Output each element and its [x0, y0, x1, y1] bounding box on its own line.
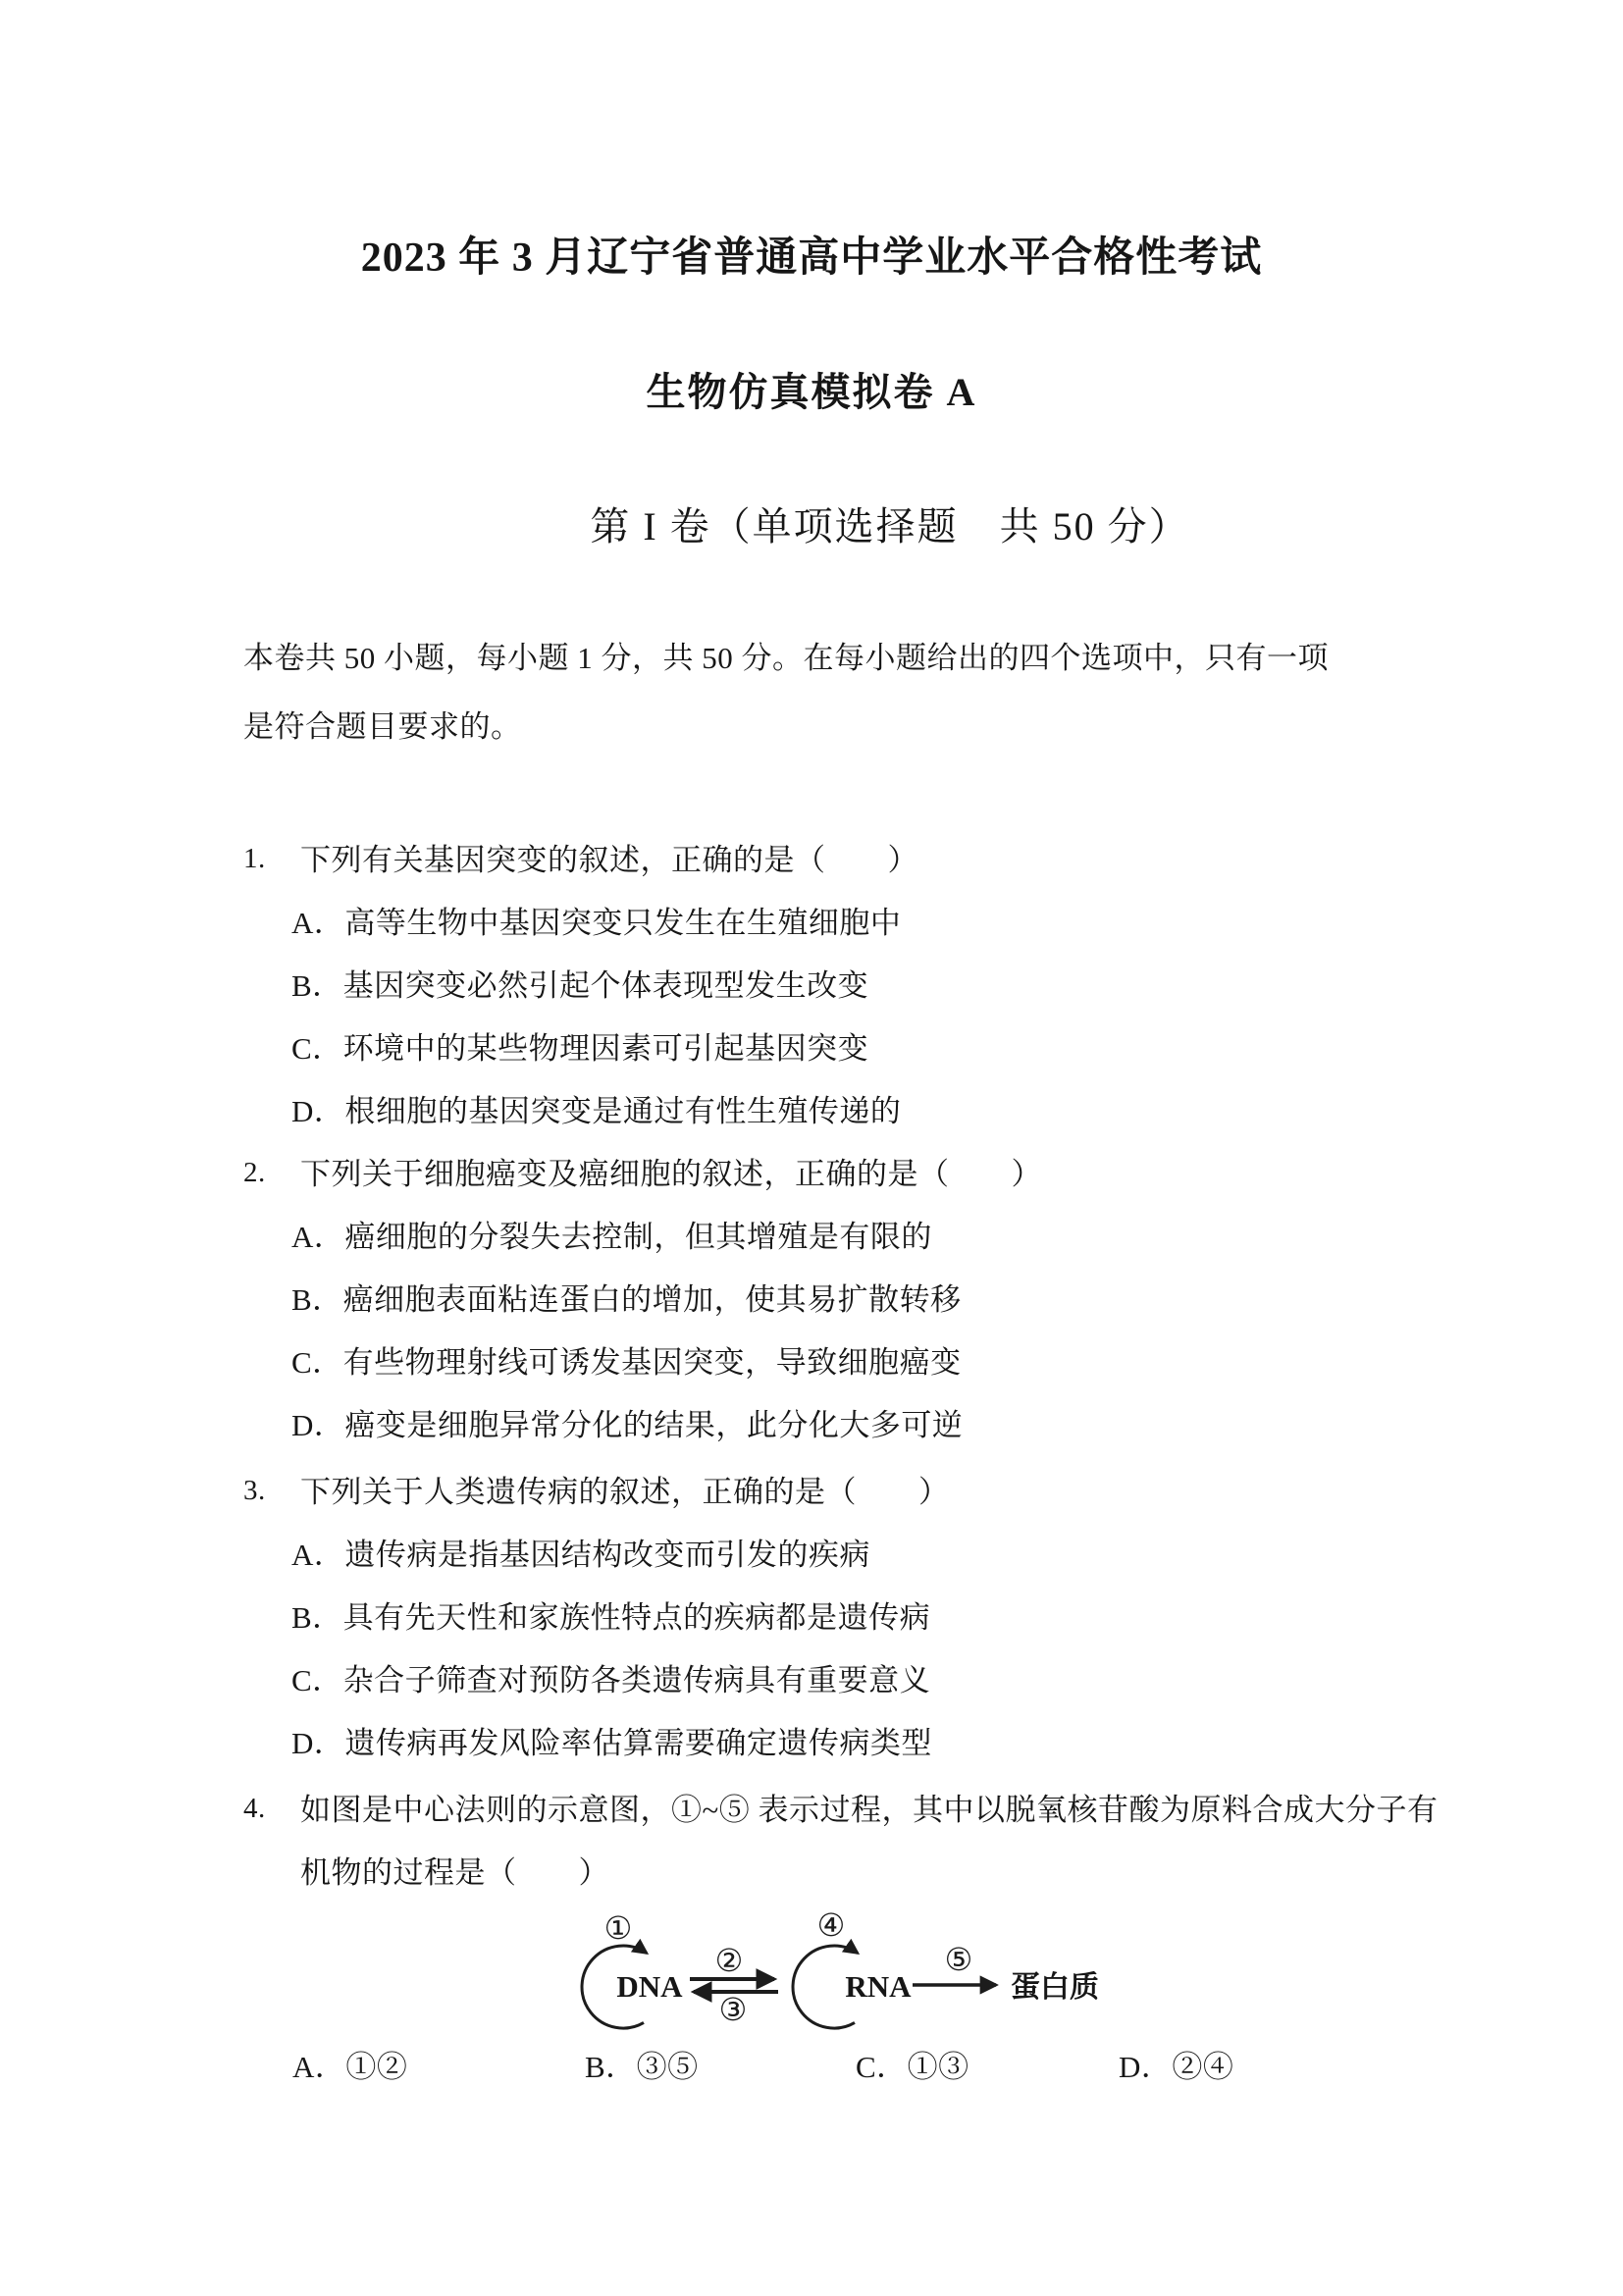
question-2-number: 2. — [243, 1159, 266, 1187]
intro-line-2: 是符合题目要求的。 — [243, 711, 522, 742]
intro-line-1: 本卷共 50 小题，每小题 1 分，共 50 分。在每小题给出的四个选项中，只有… — [243, 643, 1329, 673]
question-2-option-d: D．癌变是细胞异常分化的结果，此分化大多可逆 — [291, 1410, 963, 1440]
question-4-option-d: D．②④ — [1119, 2052, 1233, 2082]
question-4-option-a: A．①② — [292, 2052, 407, 2082]
question-2-stem: 下列关于细胞癌变及癌细胞的叙述，正确的是（ ） — [300, 1159, 1042, 1189]
question-1-number: 1. — [243, 845, 266, 873]
question-1-option-a: A．高等生物中基因突变只发生在生殖细胞中 — [291, 908, 901, 938]
exam-subtitle: 生物仿真模拟卷 A — [0, 373, 1623, 412]
question-1-stem: 下列有关基因突变的叙述，正确的是（ ） — [300, 845, 918, 875]
question-3-number: 3. — [243, 1477, 266, 1505]
question-3-option-d: D．遗传病再发风险率估算需要确定遗传病类型 — [291, 1728, 932, 1758]
question-1-option-c: C．环境中的某些物理因素可引起基因突变 — [291, 1033, 868, 1064]
question-2-option-b: B．癌细胞表面粘连蛋白的增加，使其易扩散转移 — [291, 1284, 962, 1315]
question-4-option-b: B．③⑤ — [585, 2052, 699, 2082]
process-3-circled-number: ③ — [719, 1992, 748, 2027]
question-3-option-a: A．遗传病是指基因结构改变而引发的疾病 — [291, 1539, 870, 1570]
process-5-circled-number: ⑤ — [945, 1942, 973, 1977]
question-3-option-c: C．杂合子筛查对预防各类遗传病具有重要意义 — [291, 1665, 930, 1696]
exam-title: 2023 年 3 月辽宁省普通高中学业水平合格性考试 — [0, 237, 1623, 279]
process-4-circled-number: ④ — [817, 1907, 846, 1943]
question-2-option-a: A．癌细胞的分裂失去控制，但其增殖是有限的 — [291, 1222, 932, 1252]
exam-paper-page: 2023 年 3 月辽宁省普通高中学业水平合格性考试 生物仿真模拟卷 A 第 I… — [0, 0, 1623, 2296]
question-4-number: 4. — [243, 1795, 266, 1823]
protein-label: 蛋白质 — [1011, 1971, 1099, 2004]
question-4-stem-line-2: 机物的过程是（ ） — [300, 1857, 609, 1888]
question-3-option-b: B．具有先天性和家族性特点的疾病都是遗传病 — [291, 1602, 930, 1633]
question-4-stem-line-1: 如图是中心法则的示意图，①~⑤ 表示过程，其中以脱氧核苷酸为原料合成大分子有 — [300, 1795, 1439, 1825]
question-1-option-d: D．根细胞的基因突变是通过有性生殖传递的 — [291, 1096, 901, 1126]
rna-label: RNA — [845, 1969, 912, 2004]
dna-label: DNA — [616, 1969, 683, 2004]
question-2-option-c: C．有些物理射线可诱发基因突变，导致细胞癌变 — [291, 1347, 962, 1378]
question-1-option-b: B．基因突变必然引起个体表现型发生改变 — [291, 970, 868, 1001]
process-2-circled-number: ② — [715, 1943, 744, 1978]
question-4-option-c: C．①③ — [856, 2052, 969, 2082]
process-1-circled-number: ① — [604, 1910, 633, 1946]
section-heading: 第 I 卷（单项选择题 共 50 分） — [79, 507, 1623, 547]
central-dogma-diagram: ① DNA ② ③ ④ RNA ⑤ 蛋白质 — [554, 1899, 1104, 2046]
question-3-stem: 下列关于人类遗传病的叙述，正确的是（ ） — [300, 1477, 950, 1507]
